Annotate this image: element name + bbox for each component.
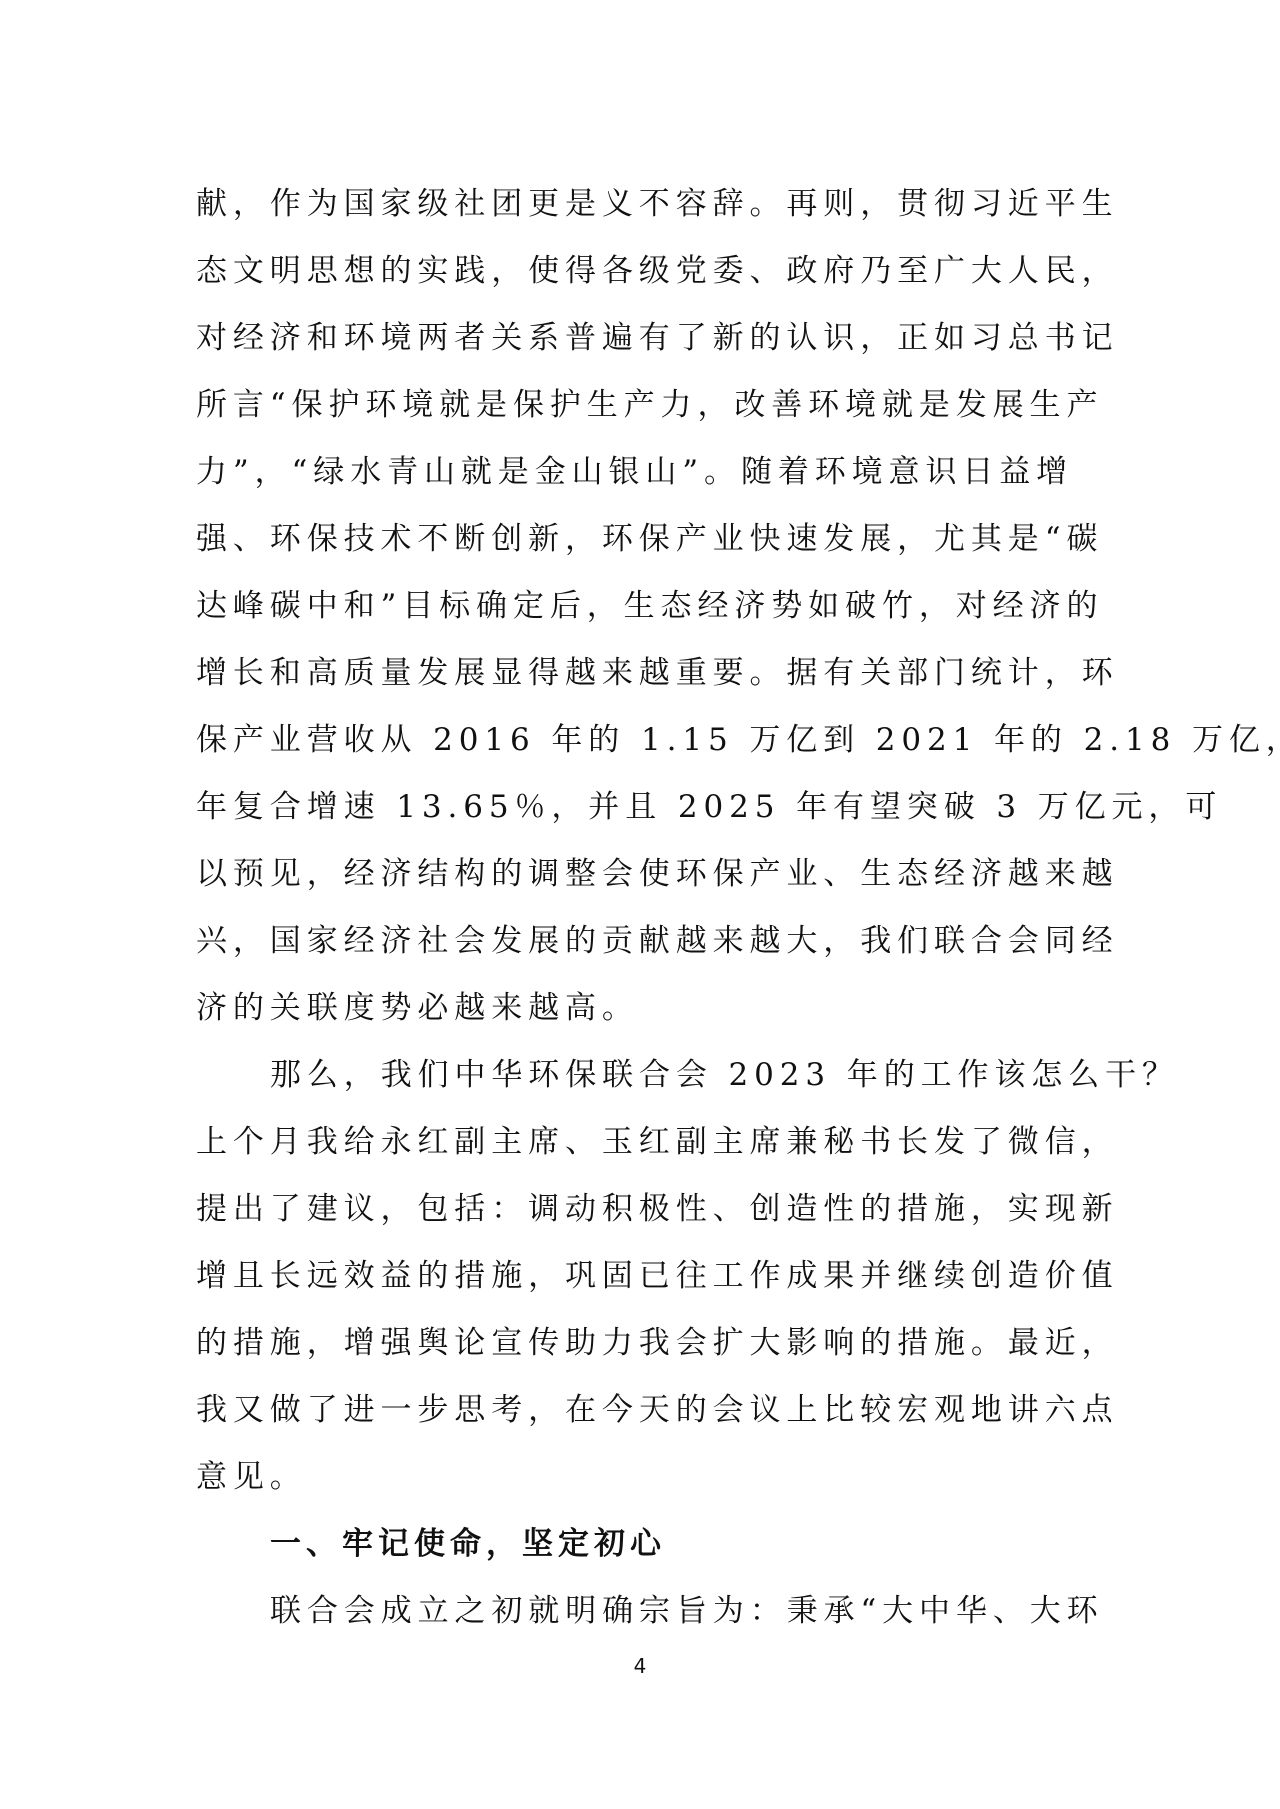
page-number: 4 [0,1654,1280,1678]
paragraph-work-plan: 那么，我们中华环保联合会 2023 年的工作该怎么干？ 上个月我给永红副主席、玉… [196,1042,1096,1511]
text-line: 年复合增速 13.65％，并且 2025 年有望突破 3 万亿元，可 [196,774,1096,841]
document-page: 献，作为国家级社团更是义不容辞。再则，贯彻习近平生 态文明思想的实践，使得各级党… [0,0,1280,1809]
paragraph-mission: 联合会成立之初就明确宗旨为：秉承“大中华、大环 [196,1578,1096,1645]
paragraph-continuation: 献，作为国家级社团更是义不容辞。再则，贯彻习近平生 态文明思想的实践，使得各级党… [196,171,1096,1042]
text-line: 献，作为国家级社团更是义不容辞。再则，贯彻习近平生 [196,171,1096,238]
document-body: 献，作为国家级社团更是义不容辞。再则，贯彻习近平生 态文明思想的实践，使得各级党… [196,171,1096,1645]
text-line: 强、环保技术不断创新，环保产业快速发展，尤其是“碳 [196,506,1096,573]
text-line: 以预见，经济结构的调整会使环保产业、生态经济越来越 [196,841,1096,908]
text-line: 对经济和环境两者关系普遍有了新的认识，正如习总书记 [196,305,1096,372]
text-line: 济的关联度势必越来越高。 [196,975,1096,1042]
text-line: 保产业营收从 2016 年的 1.15 万亿到 2021 年的 2.18 万亿， [196,707,1096,774]
text-line: 态文明思想的实践，使得各级党委、政府乃至广大人民， [196,238,1096,305]
text-line: 提出了建议，包括：调动积极性、创造性的措施，实现新 [196,1176,1096,1243]
text-line: 的措施，增强舆论宣传助力我会扩大影响的措施。最近， [196,1310,1096,1377]
text-line: 意见。 [196,1444,1096,1511]
text-line: 我又做了进一步思考，在今天的会议上比较宏观地讲六点 [196,1377,1096,1444]
text-line: 上个月我给永红副主席、玉红副主席兼秘书长发了微信， [196,1109,1096,1176]
text-line: 兴，国家经济社会发展的贡献越来越大，我们联合会同经 [196,908,1096,975]
text-line: 所言“保护环境就是保护生产力，改善环境就是发展生产 [196,372,1096,439]
text-line: 达峰碳中和”目标确定后，生态经济势如破竹，对经济的 [196,573,1096,640]
text-line: 力”，“绿水青山就是金山银山”。随着环境意识日益增 [196,439,1096,506]
section-heading: 一、牢记使命，坚定初心 [196,1511,1096,1578]
text-line: 增长和高质量发展显得越来越重要。据有关部门统计，环 [196,640,1096,707]
text-line: 联合会成立之初就明确宗旨为：秉承“大中华、大环 [196,1578,1096,1645]
text-line: 增且长远效益的措施，巩固已往工作成果并继续创造价值 [196,1243,1096,1310]
text-line: 那么，我们中华环保联合会 2023 年的工作该怎么干？ [196,1042,1096,1109]
